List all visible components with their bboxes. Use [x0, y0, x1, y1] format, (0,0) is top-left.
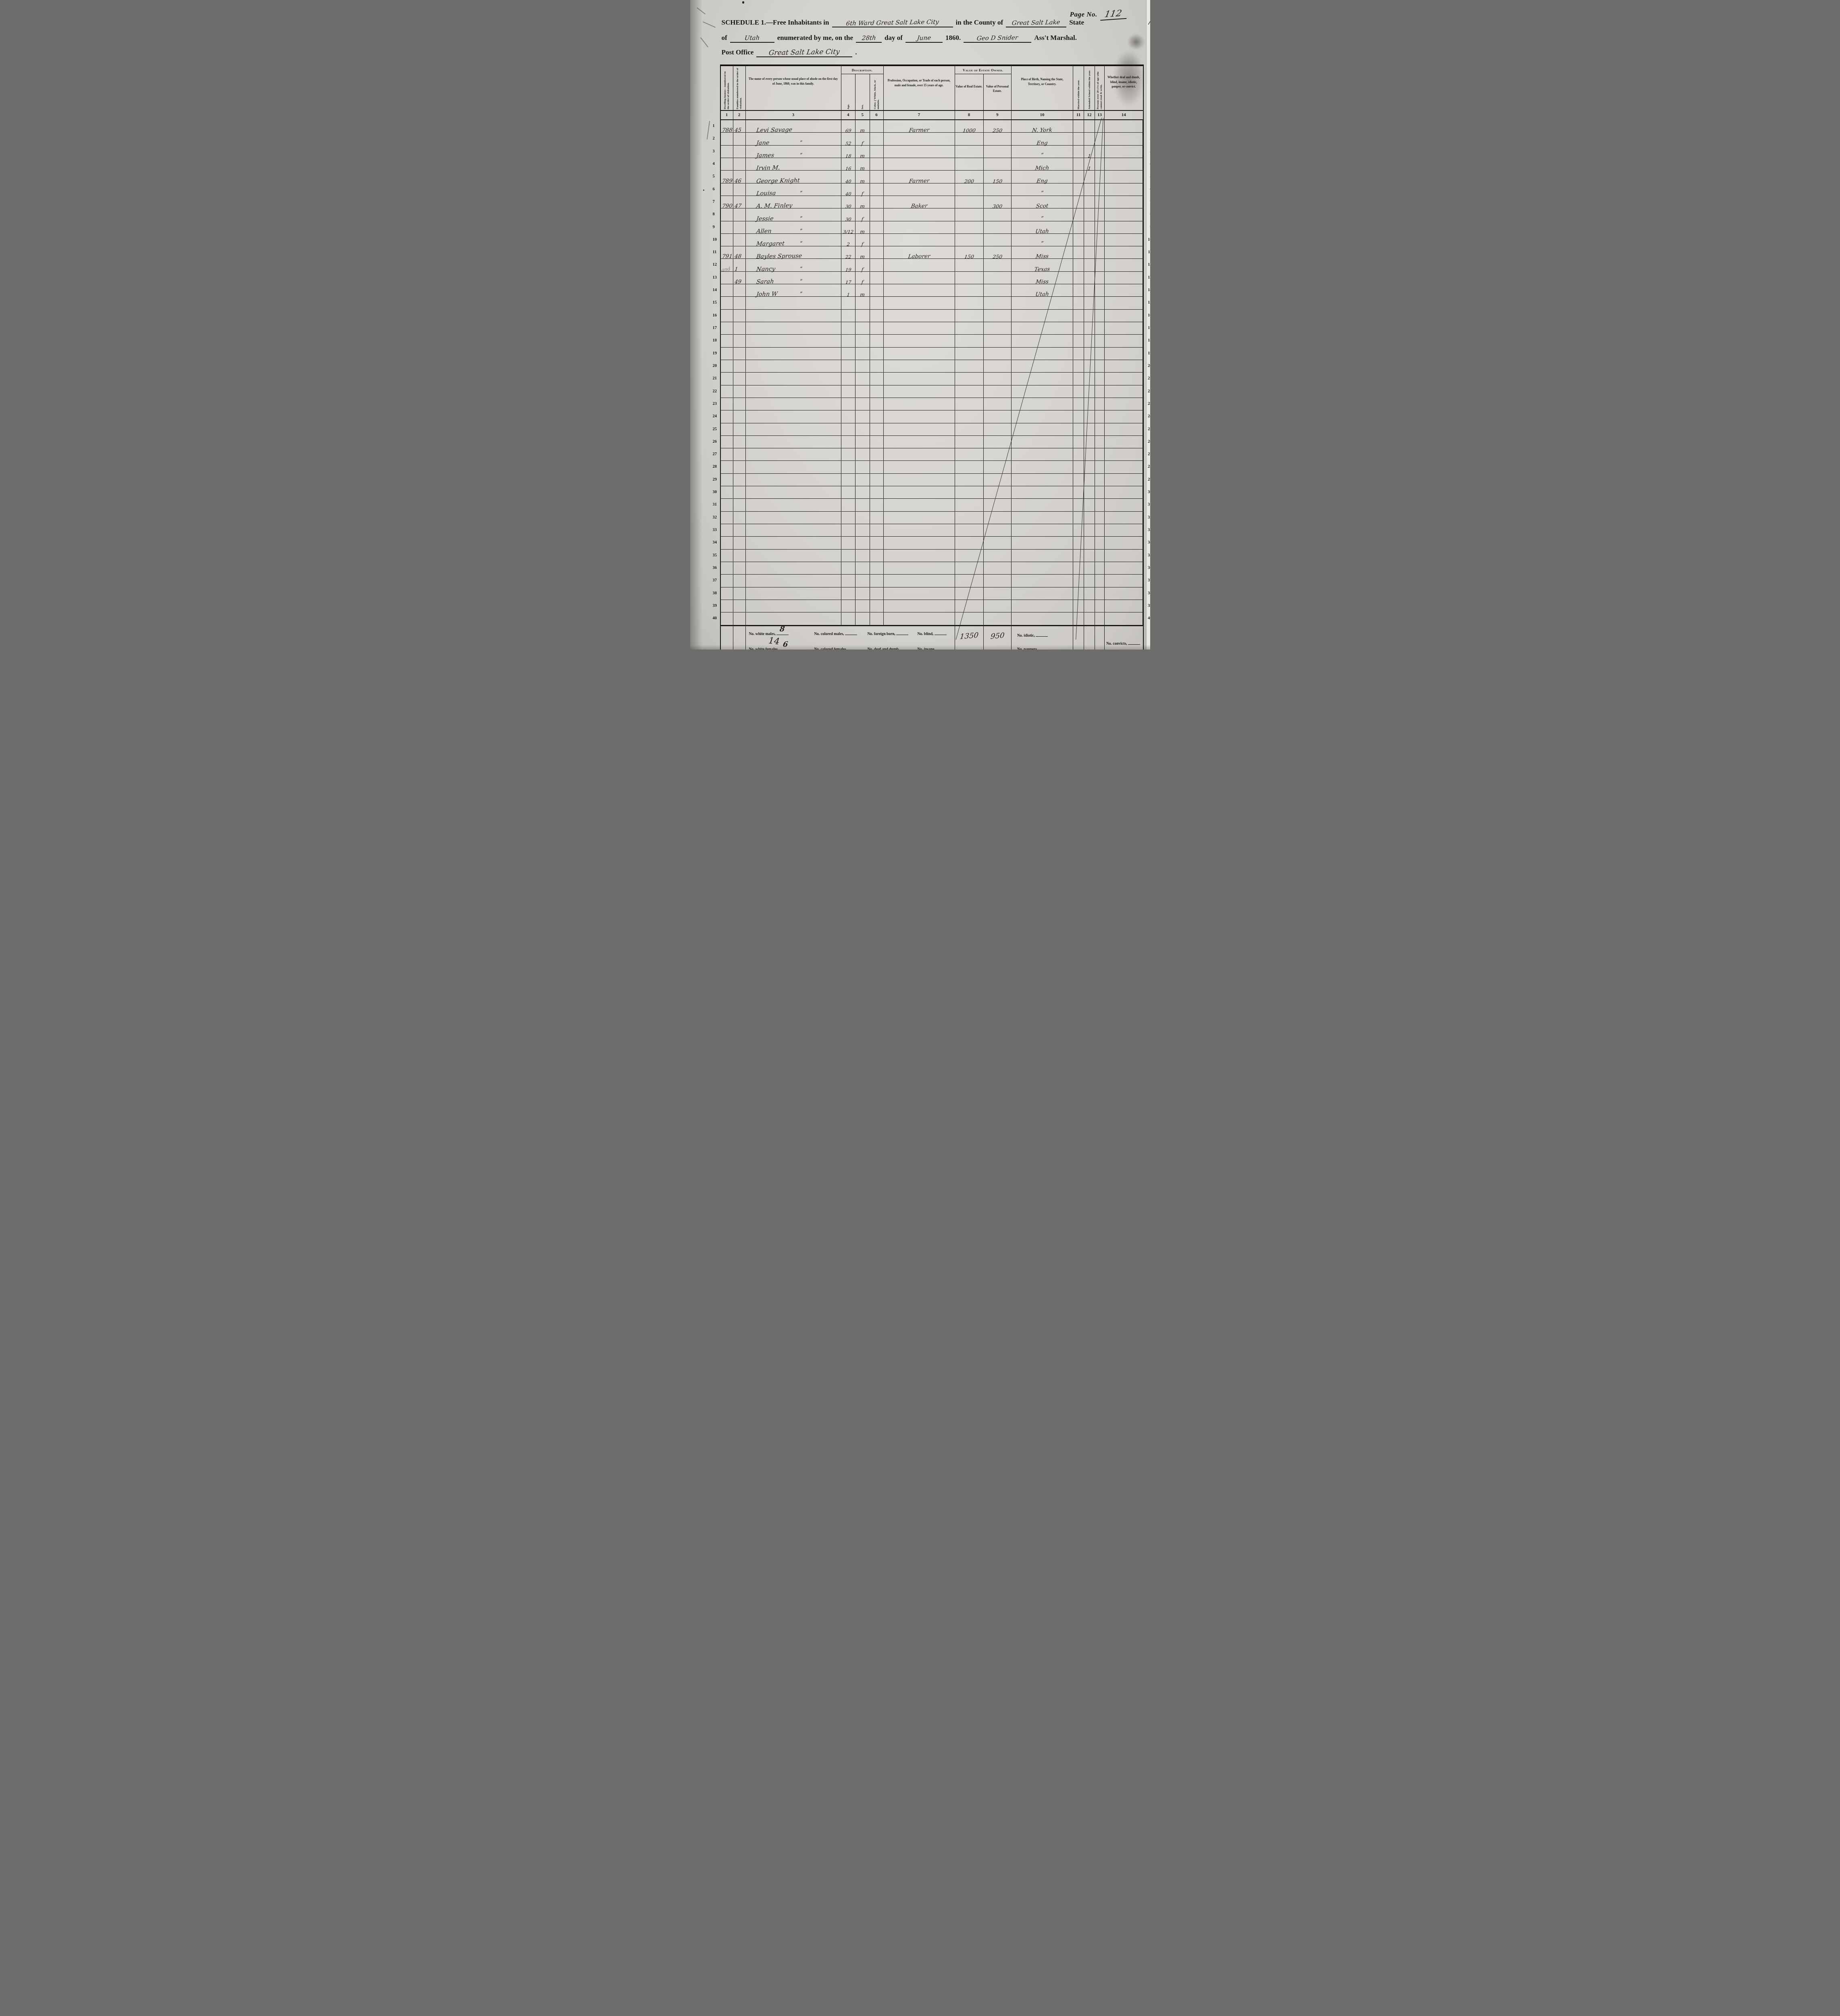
cell-cannot_read: [1095, 537, 1105, 549]
cell-color: [870, 575, 884, 587]
cell-dwelling: 788: [721, 120, 733, 132]
cell-family: [733, 133, 746, 145]
row-number-right: 24: [1148, 410, 1150, 423]
scan-scratch: [706, 121, 710, 140]
cell-married: [1073, 259, 1084, 271]
cell-dwelling: [721, 385, 733, 398]
cell-real_estate: [955, 146, 984, 158]
tally-colored-males: No. colored males,: [814, 631, 858, 636]
cell-family: [733, 335, 746, 347]
cell-age: [841, 486, 856, 498]
day-value: 28th: [862, 34, 876, 42]
cell-cannot_read: [1095, 348, 1105, 360]
cell-color: [870, 284, 884, 296]
cell-name: [746, 322, 841, 334]
cell-age: [841, 550, 856, 562]
cell-dwelling: [721, 146, 733, 158]
tally-deaf-dumb: No. deaf and dumb,: [868, 646, 913, 650]
cell-birthplace: [1012, 612, 1073, 625]
cell-occupation: [884, 550, 955, 562]
cell-name: [746, 348, 841, 360]
cell-birthplace: Utah: [1012, 221, 1073, 233]
cell-birthplace: [1012, 512, 1073, 524]
cell-color: [870, 512, 884, 524]
col-header-real-estate: Value of Real Estate.: [955, 74, 984, 110]
cell-cannot_read: [1095, 587, 1105, 600]
cell-name: Margaretʺ: [746, 234, 841, 246]
cell-real_estate: [955, 398, 984, 410]
row-number-right: 31: [1148, 499, 1150, 511]
cell-married: [1073, 550, 1084, 562]
cell-school: [1084, 335, 1095, 347]
cell-color: [870, 221, 884, 233]
cell-birthplace: [1012, 550, 1073, 562]
footer-cell: [1095, 626, 1105, 650]
row-number-right: 16: [1148, 310, 1150, 322]
cell-married: [1073, 385, 1084, 398]
real-estate-total: 1350: [954, 630, 984, 641]
cell-color: [870, 385, 884, 398]
row-number-left: 5: [713, 171, 715, 183]
cell-real_estate: [955, 348, 984, 360]
county-label: in the County of: [956, 19, 1003, 27]
cell-remarks: [1105, 448, 1143, 460]
row-number-left: 38: [713, 587, 717, 600]
footer-cell: [721, 626, 733, 650]
cell-remarks: [1105, 587, 1143, 600]
cell-age: 40: [841, 171, 856, 183]
cell-sex: m: [855, 221, 870, 233]
cell-name: A. M. Finley: [746, 196, 841, 208]
pencil-margin-note: and: [721, 266, 731, 273]
cell-age: [841, 612, 856, 625]
cell-personal_estate: [984, 461, 1012, 473]
cell-birthplace: [1012, 499, 1073, 511]
tally-paupers: No. paupers,: [1017, 646, 1051, 650]
cell-name: [746, 499, 841, 511]
cell-name: [746, 524, 841, 536]
row-number-left: 20: [713, 360, 717, 372]
row-number-right: 20: [1148, 360, 1150, 372]
cell-married: [1073, 360, 1084, 372]
cell-cannot_read: [1095, 146, 1105, 158]
cell-sex: [855, 537, 870, 549]
cell-age: [841, 310, 856, 322]
table-row: 1616: [721, 310, 1143, 322]
cell-sex: f: [855, 208, 870, 221]
table-row: 3737: [721, 575, 1143, 587]
row-number-left: 7: [713, 196, 715, 208]
cell-cannot_read: [1095, 423, 1105, 435]
cell-real_estate: [955, 221, 984, 233]
cell-color: [870, 587, 884, 600]
cell-occupation: [884, 499, 955, 511]
cell-cannot_read: [1095, 196, 1105, 208]
cell-remarks: [1105, 385, 1143, 398]
cell-sex: m: [855, 120, 870, 132]
cell-married: [1073, 562, 1084, 574]
cell-married: [1073, 133, 1084, 145]
cell-name: [746, 335, 841, 347]
cell-married: [1073, 246, 1084, 258]
cell-occupation: [884, 272, 955, 284]
cell-family: [733, 398, 746, 410]
row-number-left: 35: [713, 550, 717, 562]
cell-color: [870, 234, 884, 246]
tally-blind: No. blind,: [918, 631, 947, 636]
cell-family: [733, 612, 746, 625]
row-number-left: 27: [713, 448, 717, 460]
cell-cannot_read: [1095, 398, 1105, 410]
cell-dwelling: [721, 410, 733, 423]
cell-name: Bayles Sprouse: [746, 246, 841, 258]
cell-remarks: [1105, 221, 1143, 233]
month-value: June: [917, 34, 932, 42]
cell-occupation: [884, 385, 955, 398]
cell-name: Sarahʺ: [746, 272, 841, 284]
table-row: 3030: [721, 486, 1143, 499]
cell-real_estate: [955, 259, 984, 271]
cell-personal_estate: [984, 360, 1012, 372]
cell-cannot_read: [1095, 562, 1105, 574]
tally-insane: No. insane,: [918, 646, 949, 650]
cell-name: [746, 486, 841, 498]
row-number-left: 11: [713, 246, 717, 258]
row-number-left: 13: [713, 272, 717, 284]
cell-school: [1084, 348, 1095, 360]
table-row: 1717: [721, 322, 1143, 335]
cell-remarks: [1105, 208, 1143, 221]
page-no-label: Page No.: [1070, 10, 1097, 18]
table-row: 2525: [721, 423, 1143, 436]
cell-real_estate: [955, 335, 984, 347]
marshal-title: Ass't Marshal.: [1034, 34, 1077, 42]
cell-real_estate: [955, 524, 984, 536]
cell-dwelling: [721, 398, 733, 410]
cell-occupation: [884, 410, 955, 423]
cell-dwelling: [721, 208, 733, 221]
cell-family: [733, 575, 746, 587]
cell-cannot_read: [1095, 322, 1105, 334]
cell-occupation: [884, 600, 955, 612]
cell-occupation: [884, 234, 955, 246]
cell-real_estate: [955, 499, 984, 511]
cell-family: [733, 550, 746, 562]
cell-cannot_read: [1095, 410, 1105, 423]
cell-family: [733, 297, 746, 309]
row-number-right: 36: [1148, 562, 1150, 574]
cell-age: 40: [841, 183, 856, 196]
cell-name: Irvin M.: [746, 158, 841, 170]
row-number-right: 37: [1148, 575, 1150, 587]
cell-dwelling: [721, 499, 733, 511]
day-of-label: day of: [885, 34, 903, 42]
cell-age: [841, 499, 856, 511]
cell-name: [746, 587, 841, 600]
cell-personal_estate: 300: [984, 196, 1012, 208]
cell-real_estate: [955, 612, 984, 625]
cell-occupation: [884, 158, 955, 170]
cell-age: [841, 322, 856, 334]
cell-school: [1084, 410, 1095, 423]
cell-name: [746, 575, 841, 587]
table-row: 3131: [721, 499, 1143, 511]
cell-family: 48: [733, 246, 746, 258]
col-header-age: Age.: [841, 74, 856, 110]
cell-married: [1073, 272, 1084, 284]
cell-birthplace: [1012, 524, 1073, 536]
cell-name: Levi Savage: [746, 120, 841, 132]
cell-personal_estate: 250: [984, 246, 1012, 258]
row-number-right: 38: [1148, 587, 1150, 600]
table-row: Jamesʺ18mʺ133: [721, 146, 1143, 158]
cell-cannot_read: [1095, 373, 1105, 385]
cell-age: 1: [841, 284, 856, 296]
cell-cannot_read: [1095, 474, 1105, 486]
cell-occupation: [884, 221, 955, 233]
row-number-right: 12: [1148, 259, 1150, 271]
cell-name: [746, 550, 841, 562]
cell-color: [870, 133, 884, 145]
cell-color: [870, 183, 884, 196]
cell-remarks: [1105, 310, 1143, 322]
cell-dwelling: [721, 183, 733, 196]
cell-personal_estate: [984, 410, 1012, 423]
cell-birthplace: [1012, 310, 1073, 322]
cell-married: [1073, 335, 1084, 347]
table-row: 3434: [721, 537, 1143, 549]
cell-family: [733, 208, 746, 221]
cell-real_estate: [955, 284, 984, 296]
cell-personal_estate: [984, 284, 1012, 296]
cell-sex: [855, 512, 870, 524]
cell-sex: m: [855, 146, 870, 158]
row-number-right: 29: [1148, 474, 1150, 486]
cell-age: [841, 600, 856, 612]
cell-cannot_read: [1095, 524, 1105, 536]
cell-married: [1073, 537, 1084, 549]
table-row: 3333: [721, 524, 1143, 537]
state-blank: Utah: [730, 34, 774, 43]
cell-personal_estate: [984, 562, 1012, 574]
cell-real_estate: [955, 208, 984, 221]
table-row: 2222: [721, 385, 1143, 398]
cell-color: [870, 259, 884, 271]
table-row: 79148Bayles Sprouse22mLaborer150250Miss1…: [721, 246, 1143, 259]
cell-name: [746, 474, 841, 486]
cell-color: [870, 398, 884, 410]
cell-birthplace: [1012, 385, 1073, 398]
cell-family: 1: [733, 259, 746, 271]
cell-sex: m: [855, 171, 870, 183]
cell-personal_estate: [984, 133, 1012, 145]
cell-cannot_read: [1095, 612, 1105, 625]
table-row: Louisaʺ40fʺ66: [721, 183, 1143, 196]
cell-birthplace: [1012, 297, 1073, 309]
cell-family: [733, 587, 746, 600]
cell-name: Nancyʺ: [746, 259, 841, 271]
footer-real-estate-total-cell: 1350: [955, 626, 984, 650]
col-header-name: The name of every person whose usual pla…: [746, 66, 841, 110]
cell-personal_estate: [984, 499, 1012, 511]
table-row: 2828: [721, 461, 1143, 473]
cell-occupation: Baker: [884, 196, 955, 208]
cell-color: [870, 158, 884, 170]
cell-school: [1084, 486, 1095, 498]
cell-married: [1073, 423, 1084, 435]
cell-occupation: [884, 133, 955, 145]
cell-remarks: [1105, 600, 1143, 612]
cell-sex: m: [855, 158, 870, 170]
row-number-right: 28: [1148, 461, 1150, 473]
cell-married: [1073, 373, 1084, 385]
cell-real_estate: [955, 575, 984, 587]
cell-real_estate: [955, 436, 984, 448]
cell-birthplace: Scot: [1012, 196, 1073, 208]
cell-birthplace: [1012, 398, 1073, 410]
cell-married: [1073, 436, 1084, 448]
cell-family: [733, 562, 746, 574]
cell-real_estate: [955, 600, 984, 612]
cell-dwelling: [721, 272, 733, 284]
cell-school: [1084, 272, 1095, 284]
cell-family: [733, 423, 746, 435]
col-header-cannot-read: Persons over 20 y'rs of age who cannot r…: [1095, 66, 1105, 110]
table-row: and1Nancyʺ19fTexas1212: [721, 259, 1143, 271]
cell-married: [1073, 398, 1084, 410]
cell-married: [1073, 600, 1084, 612]
cell-occupation: [884, 537, 955, 549]
row-number-left: 23: [713, 398, 717, 410]
cell-birthplace: N. York: [1012, 120, 1073, 132]
cell-cannot_read: [1095, 360, 1105, 372]
cell-remarks: [1105, 373, 1143, 385]
cell-family: [733, 486, 746, 498]
cell-remarks: [1105, 120, 1143, 132]
cell-cannot_read: [1095, 284, 1105, 296]
cell-sex: [855, 524, 870, 536]
cell-age: [841, 410, 856, 423]
cell-dwelling: [721, 423, 733, 435]
cell-color: [870, 373, 884, 385]
cell-occupation: [884, 373, 955, 385]
bottom-tally-note: 14: [768, 636, 780, 647]
cell-school: [1084, 259, 1095, 271]
cell-dwelling: [721, 512, 733, 524]
cell-married: [1073, 221, 1084, 233]
cell-name: [746, 537, 841, 549]
cell-occupation: [884, 297, 955, 309]
cell-sex: [855, 562, 870, 574]
cell-real_estate: [955, 461, 984, 473]
cell-married: [1073, 448, 1084, 460]
cell-real_estate: [955, 133, 984, 145]
cell-dwelling: [721, 297, 733, 309]
cell-married: [1073, 120, 1084, 132]
cell-color: [870, 461, 884, 473]
cell-cannot_read: [1095, 335, 1105, 347]
year-value: 1860.: [945, 34, 961, 42]
cell-name: Jessieʺ: [746, 208, 841, 221]
cell-age: [841, 474, 856, 486]
cell-real_estate: [955, 183, 984, 196]
cell-personal_estate: [984, 398, 1012, 410]
cell-remarks: [1105, 335, 1143, 347]
cell-color: [870, 120, 884, 132]
cell-name: [746, 310, 841, 322]
group-header-estate: Value of Estate Owned.: [955, 66, 1012, 74]
cell-dwelling: [721, 562, 733, 574]
cell-remarks: [1105, 486, 1143, 498]
cell-occupation: [884, 360, 955, 372]
cell-school: [1084, 587, 1095, 600]
cell-family: [733, 448, 746, 460]
cell-real_estate: [955, 297, 984, 309]
enumerated-label: enumerated by me, on the: [777, 34, 853, 42]
table-row: 1919: [721, 348, 1143, 360]
cell-school: [1084, 562, 1095, 574]
post-office-blank: Great Salt Lake City: [756, 48, 852, 57]
row-number-right: 15: [1148, 297, 1150, 309]
cell-sex: m: [855, 284, 870, 296]
cell-color: [870, 310, 884, 322]
cell-color: [870, 474, 884, 486]
cell-name: [746, 436, 841, 448]
cell-occupation: [884, 587, 955, 600]
table-row: 3232: [721, 512, 1143, 524]
cell-age: [841, 348, 856, 360]
cell-personal_estate: [984, 348, 1012, 360]
cell-age: [841, 423, 856, 435]
scan-speck: [703, 190, 704, 191]
cell-school: [1084, 284, 1095, 296]
row-number-left: 31: [713, 499, 717, 511]
cell-sex: m: [855, 196, 870, 208]
cell-married: [1073, 348, 1084, 360]
cell-color: [870, 499, 884, 511]
cell-birthplace: ʺ: [1012, 146, 1073, 158]
cell-real_estate: [955, 272, 984, 284]
cell-sex: [855, 423, 870, 435]
cell-birthplace: [1012, 575, 1073, 587]
cell-age: [841, 562, 856, 574]
cell-sex: [855, 461, 870, 473]
cell-name: Louisaʺ: [746, 183, 841, 196]
cell-personal_estate: [984, 146, 1012, 158]
row-number-right: 32: [1148, 512, 1150, 524]
cell-color: [870, 436, 884, 448]
cell-remarks: [1105, 423, 1143, 435]
col-header-married: Married within the year.: [1073, 66, 1084, 110]
row-number-left: 22: [713, 385, 717, 398]
footer-cell: [1084, 626, 1095, 650]
cell-dwelling: [721, 461, 733, 473]
cell-birthplace: [1012, 562, 1073, 574]
cell-personal_estate: [984, 272, 1012, 284]
cell-married: [1073, 461, 1084, 473]
col-header-birthplace: Place of Birth, Naming the State, Territ…: [1012, 66, 1073, 110]
cell-sex: [855, 436, 870, 448]
cell-dwelling: [721, 612, 733, 625]
cell-name: [746, 512, 841, 524]
cell-school: [1084, 550, 1095, 562]
cell-sex: [855, 310, 870, 322]
row-number-right: 40: [1148, 612, 1150, 625]
cell-remarks: [1105, 398, 1143, 410]
cell-remarks: [1105, 158, 1143, 170]
cell-color: [870, 486, 884, 498]
cell-remarks: [1105, 133, 1143, 145]
